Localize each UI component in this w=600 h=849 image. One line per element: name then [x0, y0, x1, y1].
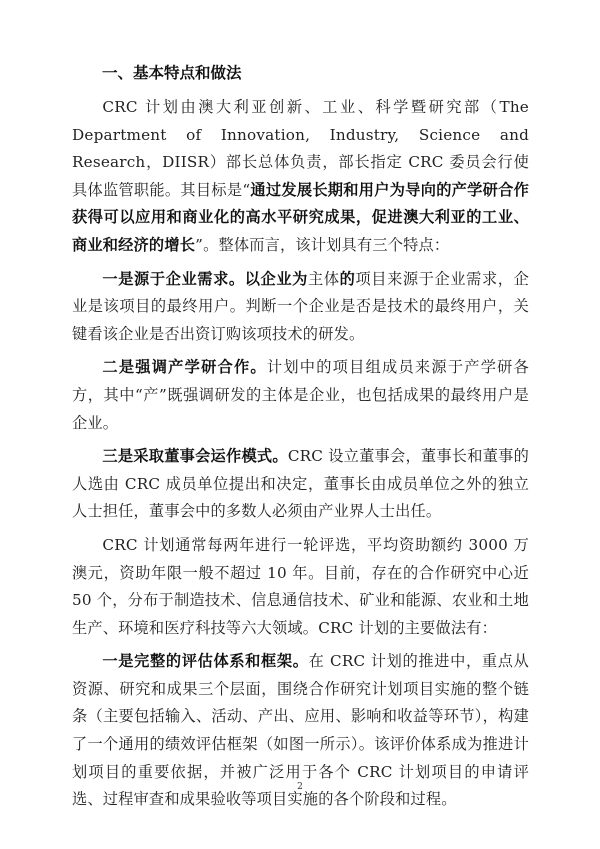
text-run: ”。整体而言，该计划具有三个特点：: [195, 236, 449, 254]
section-heading: 一、基本特点和做法: [72, 62, 529, 84]
text-run-bold: 一是完整的评估体系和框架。: [102, 652, 308, 670]
text-run-bold: 一是源于企业需求。以企业为: [102, 270, 308, 288]
text-run: CRC 计划通常每两年进行一轮评选，平均资助额约 3000 万澳元，资助年限一般…: [72, 536, 529, 637]
paragraph-feature-2: 二是强调产学研合作。计划中的项目组成员来源于产学研各方，其中“产”既强调研发的主…: [72, 354, 529, 437]
page-number: 2: [0, 782, 600, 792]
paragraph-feature-1: 一是源于企业需求。以企业为主体的项目来源于企业需求，企业是该项目的最终用户。判断…: [72, 266, 529, 349]
text-run-bold: 二是强调产学研合作。: [102, 358, 267, 376]
paragraph-intro: CRC 计划由澳大利亚创新、工业、科学暨研究部（The Department o…: [72, 94, 529, 260]
text-run: 主体: [308, 270, 340, 288]
text-run-bold: 的: [340, 270, 356, 288]
paragraph-feature-3: 三是采取董事会运作模式。CRC 设立董事会，董事长和董事的人选由 CRC 成员单…: [72, 443, 529, 526]
text-run-bold: 三是采取董事会运作模式。: [102, 447, 287, 465]
paragraph-overview: CRC 计划通常每两年进行一轮评选，平均资助额约 3000 万澳元，资助年限一般…: [72, 532, 529, 642]
document-page: 一、基本特点和做法 CRC 计划由澳大利亚创新、工业、科学暨研究部（The De…: [72, 62, 529, 820]
